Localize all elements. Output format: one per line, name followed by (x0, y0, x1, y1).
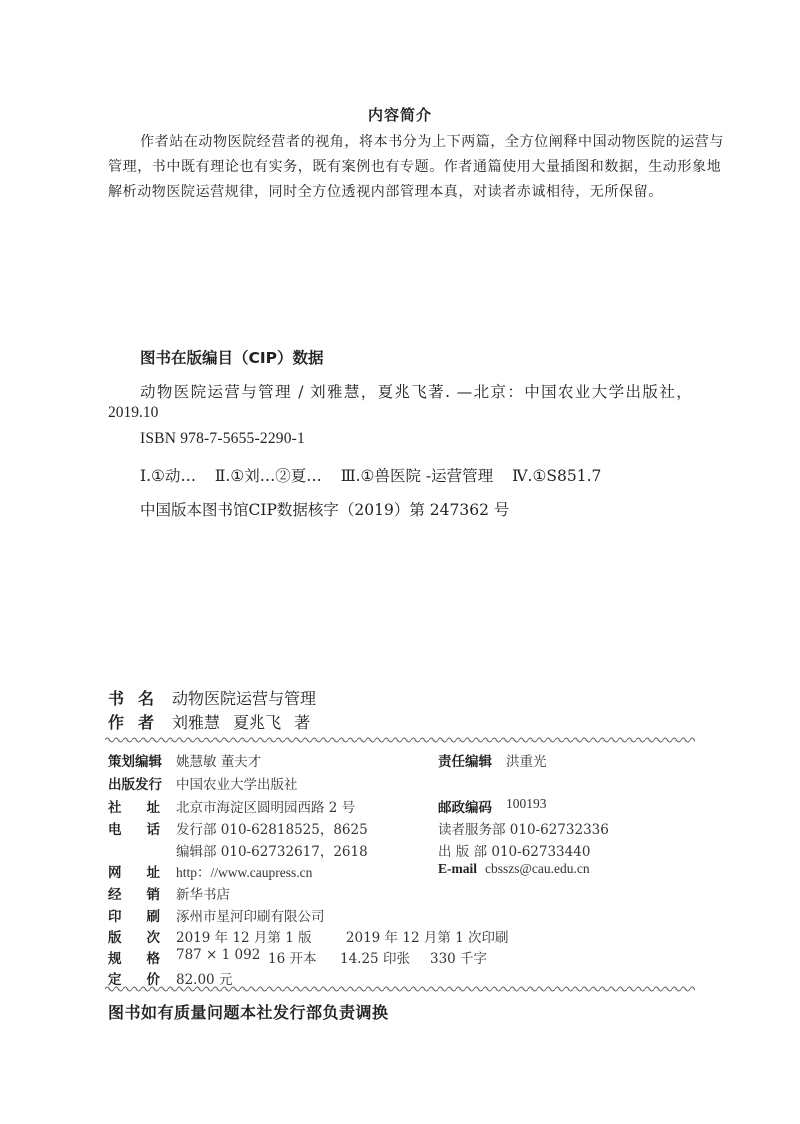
website-link[interactable]: http：//www.caupress.cn (176, 861, 312, 881)
cip-catalog-date: 2019.10 (108, 404, 158, 422)
specs-size: 16 开本 (268, 947, 316, 967)
intro-paragraph-line: 解析动物医院运营规律，同时全方位透视内部管理本真，对读者赤诚相待，无所保留。 (108, 181, 692, 201)
email-link[interactable]: cbsszs@cau.edu.cn (485, 861, 590, 877)
postcode: 100193 (506, 796, 547, 812)
cip-class-item: Ⅳ.①S851.7 (512, 467, 601, 485)
planning-editor: 姚慧敏 董夫才 (176, 750, 261, 770)
address-label: 社址 (108, 796, 160, 816)
website-label: 网址 (108, 861, 160, 881)
book-name: 动物医院运营与管理 (172, 686, 316, 709)
edition: 2019 年 12 月第 1 版 2019 年 12 月第 1 次印刷 (176, 926, 509, 946)
ornamental-divider (105, 735, 695, 743)
phone-label: 电话 (108, 818, 160, 838)
planning-editor-label: 策划编辑 (108, 750, 162, 770)
responsible-editor-label: 责任编辑 (438, 750, 492, 770)
address: 北京市海淀区圆明园西路 2 号 (176, 796, 355, 816)
phone-editorial: 编辑部 010-62732617，2618 (176, 840, 368, 860)
book-name-label: 书名 (108, 686, 168, 709)
responsible-editor: 洪重光 (506, 750, 547, 770)
cip-record-number: 中国版本图书馆CIP数据核字（2019）第 247362 号 (140, 498, 509, 520)
specs-label: 规格 (108, 947, 160, 967)
email-label: E-mail (438, 861, 477, 877)
book-author: 刘雅慧 夏兆飞 著 (172, 710, 310, 733)
cip-catalog-line: 动物医院运营与管理 / 刘雅慧，夏兆飞著. —北京：中国农业大学出版社， (140, 380, 692, 402)
cip-class-item: Ⅰ.①动… (140, 467, 196, 485)
phone-reader-service: 读者服务部 010-62732336 (438, 818, 609, 838)
cip-class-item: Ⅱ.①刘…②夏… (215, 467, 322, 485)
postcode-label: 邮政编码 (438, 796, 492, 816)
quality-notice: 图书如有质量问题本社发行部负责调换 (108, 1000, 389, 1023)
specs-format: 787 × 1 092 (176, 947, 260, 963)
cip-class-item: Ⅲ.①兽医院 -运营管理 (341, 467, 493, 485)
phone-distribution: 发行部 010-62818525，8625 (176, 818, 368, 838)
specs-words: 330 千字 (430, 947, 487, 967)
printer: 涿州市星河印刷有限公司 (176, 905, 325, 925)
intro-title: 内容简介 (0, 104, 800, 125)
intro-paragraph-line: 作者站在动物医院经营者的视角，将本书分为上下两篇，全方位阐释中国动物医院的运营与 (140, 131, 692, 151)
ornamental-divider (105, 984, 695, 992)
intro-paragraph-line: 管理，书中既有理论也有实务，既有案例也有专题。作者通篇使用大量插图和数据，生动形… (108, 156, 692, 176)
publisher: 中国农业大学出版社 (176, 773, 298, 793)
cip-isbn: ISBN 978-7-5655-2290-1 (140, 430, 305, 448)
book-author-label: 作者 (108, 710, 168, 733)
specs-sheets: 14.25 印张 (340, 947, 410, 967)
cip-classification: Ⅰ.①动… Ⅱ.①刘…②夏… Ⅲ.①兽医院 -运营管理 Ⅳ.①S851.7 (140, 464, 615, 486)
printer-label: 印刷 (108, 905, 160, 925)
cip-title: 图书在版编目（CIP）数据 (140, 346, 324, 368)
edition-label: 版次 (108, 926, 160, 946)
phone-publishing: 出 版 部 010-62733440 (438, 840, 590, 860)
distributor-label: 经销 (108, 883, 160, 903)
publisher-label: 出版发行 (108, 773, 162, 793)
distributor: 新华书店 (176, 883, 230, 903)
